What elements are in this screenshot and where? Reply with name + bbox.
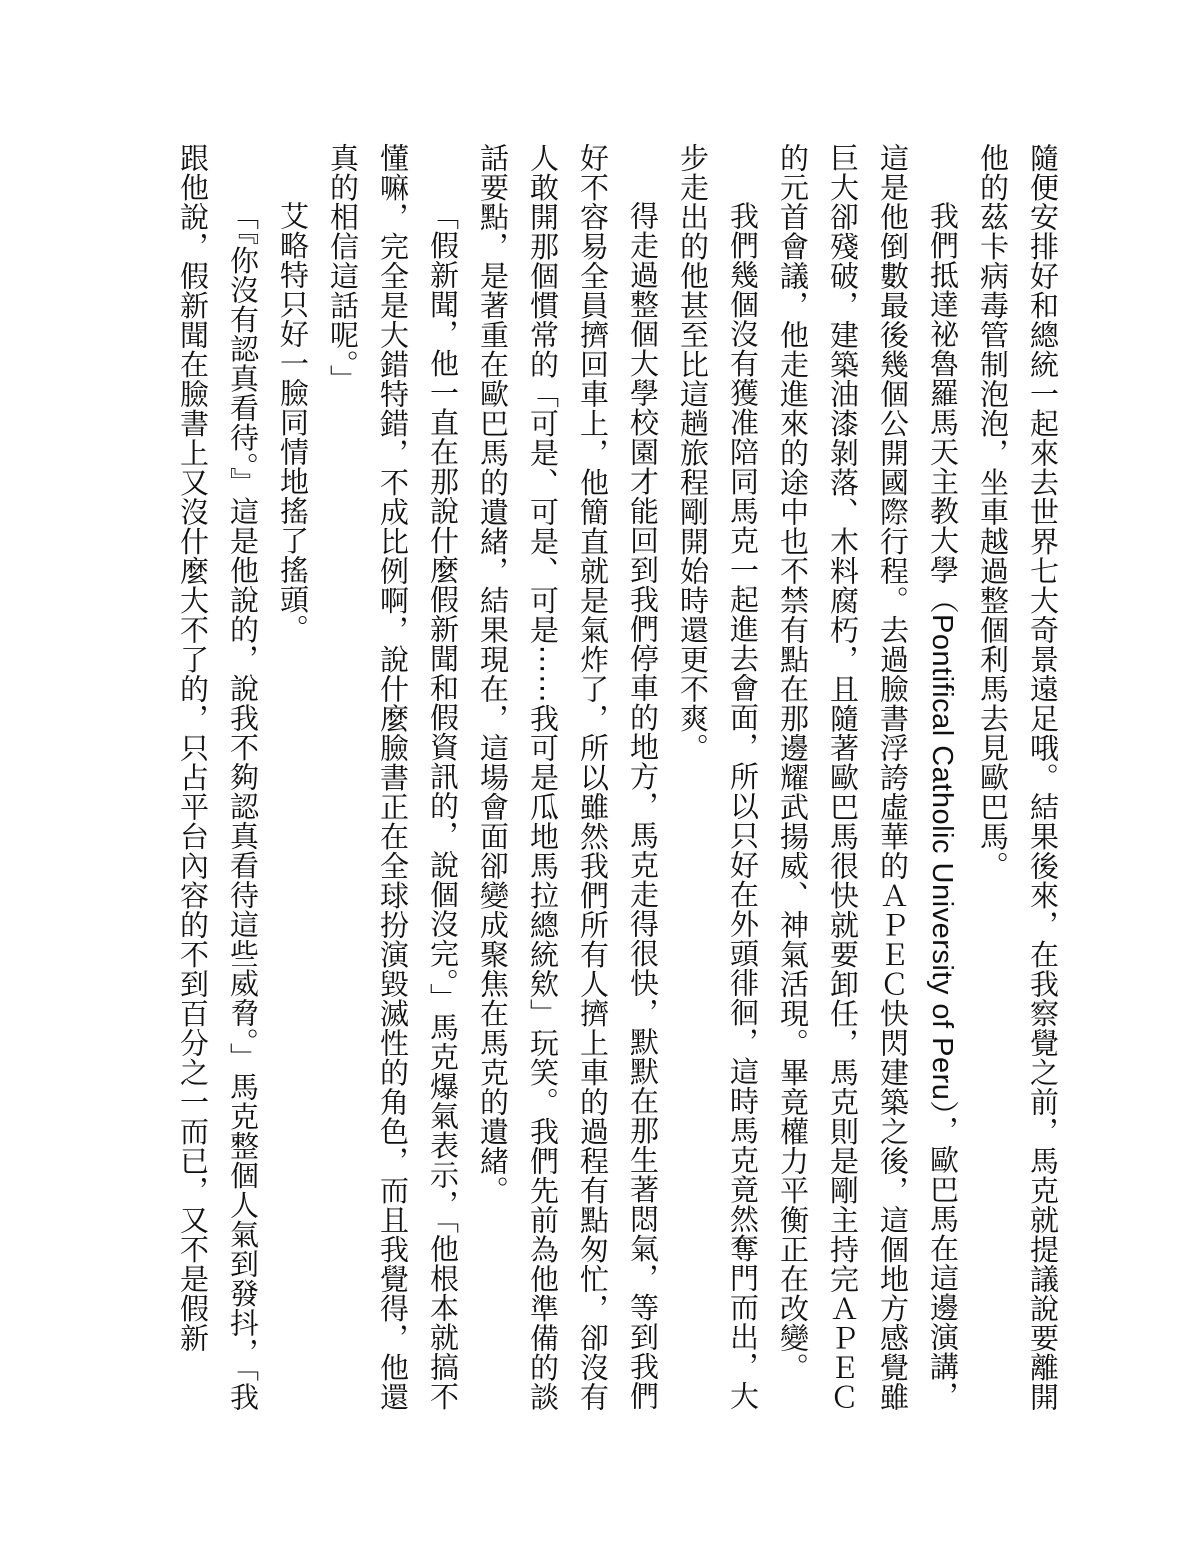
paragraph-4: 得走過整個大學校園才能回到我們停車的地方，馬克走得很快，默默在那生著悶氣，等到我… xyxy=(467,143,667,1413)
paragraph-5: 「假新聞，他一直在那說什麼假新聞和假資訊的，說個沒完。」馬克爆氣表示，「他根本就… xyxy=(317,143,467,1413)
paragraph-6: 艾略特只好一臉同情地搖了搖頭。 xyxy=(267,143,317,1413)
paragraph-2: 我們抵達祕魯羅馬天主教大學（Pontifical Catholic Univer… xyxy=(767,143,967,1413)
paragraph-1: 隨便安排好和總統一起來去世界七大奇景遠足哦。結果後來，在我察覺之前，馬克就提議說… xyxy=(967,143,1067,1413)
text-block: 隨便安排好和總統一起來去世界七大奇景遠足哦。結果後來，在我察覺之前，馬克就提議說… xyxy=(167,143,1067,1413)
paragraph-3: 我們幾個沒有獲准陪同馬克一起進去會面，所以只好在外頭徘徊，這時馬克竟然奪門而出，… xyxy=(667,143,767,1413)
book-page: 隨便安排好和總統一起來去世界七大奇景遠足哦。結果後來，在我察覺之前，馬克就提議說… xyxy=(0,0,1200,1553)
paragraph-7: 「『你沒有認真看待。』這是他說的，說我不夠認真看待這些威脅。」馬克整個人氣到發抖… xyxy=(167,143,267,1413)
